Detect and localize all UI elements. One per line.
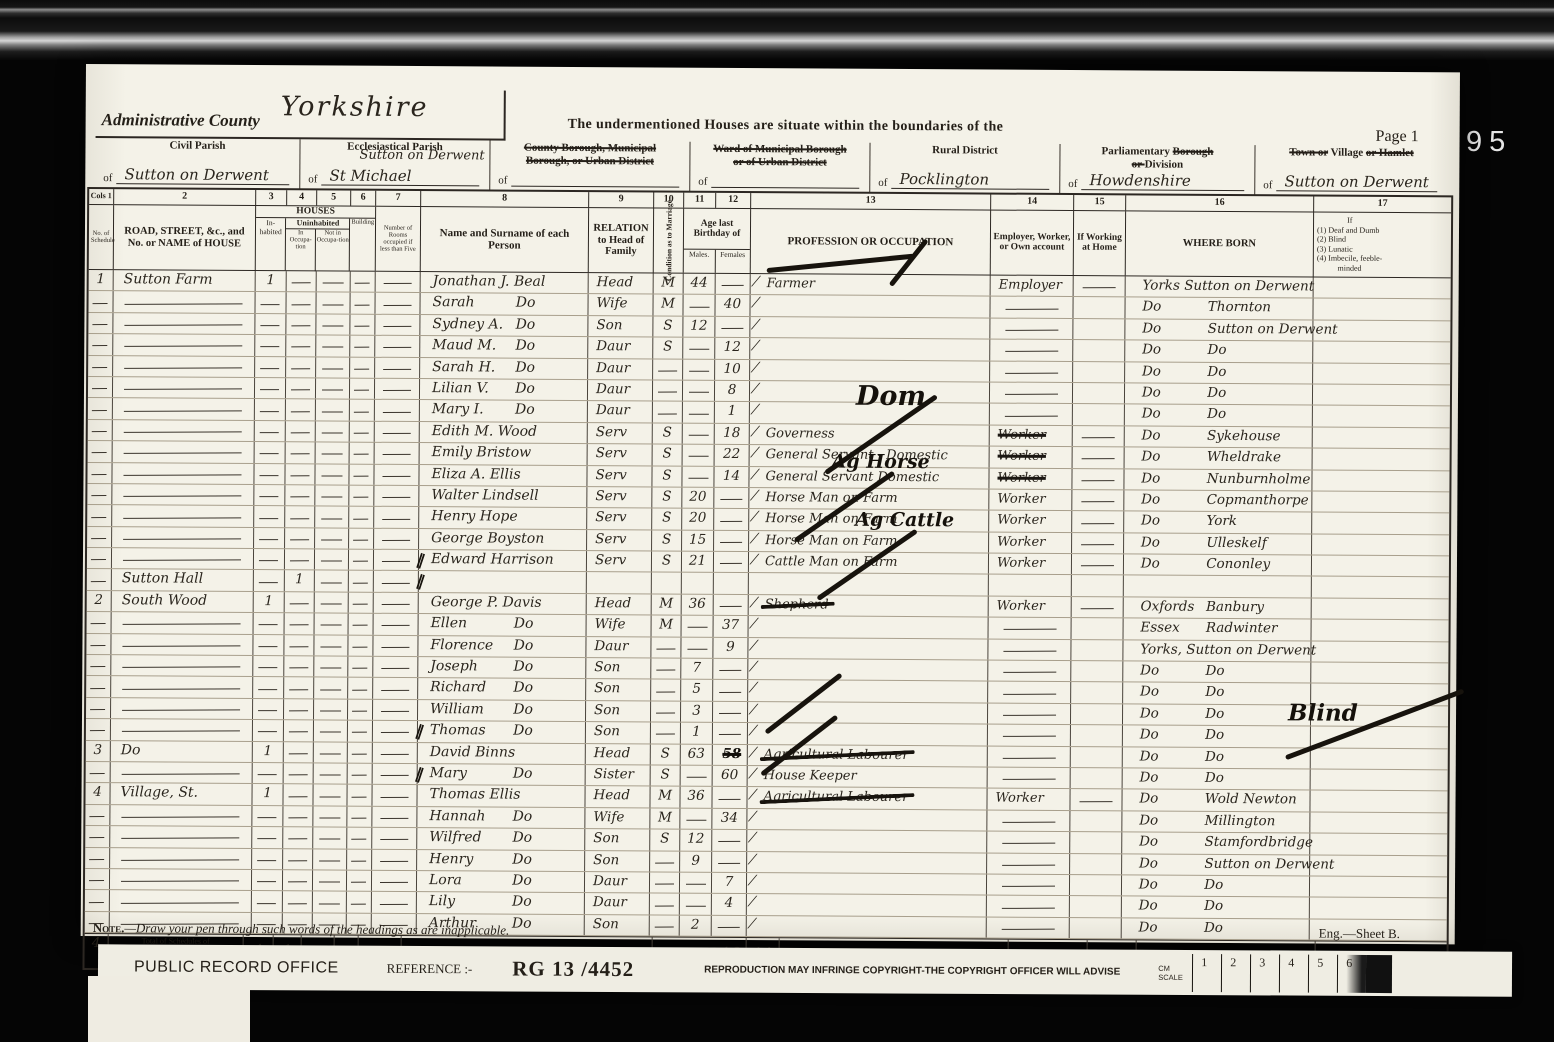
- cell-col-16: DoCopmanthorpe: [1124, 490, 1312, 512]
- cell-col-4: 1: [285, 571, 315, 592]
- pro-office-label: PUBLIC RECORD OFFICE: [134, 958, 339, 977]
- header-females: Females: [715, 250, 750, 259]
- col-number-3: 3: [256, 190, 287, 205]
- cell-col-14: Worker: [989, 532, 1072, 553]
- cell-col-7: [375, 422, 420, 443]
- cell-col-13: /: [748, 680, 988, 702]
- cell-col-1: [86, 676, 111, 697]
- cell-col-1: [85, 890, 110, 911]
- cell-col-17: [1311, 641, 1448, 662]
- cell-col-16: DoDo: [1125, 362, 1313, 384]
- cell-col-10: S: [651, 744, 681, 765]
- cell-col-10: S: [652, 509, 682, 530]
- cell-col-11: 21: [682, 552, 714, 573]
- cell-col-3: [253, 656, 284, 677]
- col-number-6: 6: [351, 191, 376, 206]
- cell-col-6: [347, 828, 372, 849]
- cell-col-15: [1073, 362, 1125, 383]
- cell-col-13: /Horse Man on Farm: [749, 531, 989, 553]
- cell-col-14: Worker: [989, 511, 1072, 532]
- cell-col-16: DoCononley: [1124, 554, 1312, 576]
- cell-col-17: [1312, 620, 1449, 641]
- cell-col-1: 1: [89, 270, 114, 291]
- cell-col-3: [253, 763, 284, 784]
- cell-col-17: [1310, 898, 1447, 919]
- cell-col-10: [653, 380, 683, 401]
- cell-col-10: S: [653, 445, 683, 466]
- cell-col-14: [990, 361, 1073, 382]
- cell-col-1: [85, 848, 110, 869]
- cell-col-7: [373, 678, 418, 699]
- admin-county-box: Administrative County Yorkshire: [96, 88, 506, 141]
- cell-col-12: [714, 488, 749, 509]
- enumerator-tick: /: [750, 424, 759, 439]
- cell-col-15: [1070, 918, 1122, 939]
- cell-col-4: [285, 464, 315, 485]
- ruler-cm-5: 5: [1308, 954, 1337, 992]
- cell-col-9: Son: [585, 829, 650, 850]
- cell-col-16: DoDo: [1123, 768, 1311, 790]
- cell-col-15: [1071, 768, 1123, 789]
- cell-col-13: [749, 574, 989, 596]
- cell-col-17: [1313, 406, 1450, 427]
- cell-col-11: [683, 423, 715, 444]
- cell-col-5: [314, 742, 348, 763]
- cell-col-2: [112, 548, 254, 569]
- cell-col-15: [1073, 426, 1125, 447]
- cell-col-1: [87, 463, 112, 484]
- cell-col-1: [88, 398, 113, 419]
- cell-col-1: [88, 420, 113, 441]
- cell-col-6: [349, 486, 374, 507]
- cell-col-1: [85, 869, 110, 890]
- cell-col-16: DoDo: [1123, 683, 1311, 705]
- cell-col-7: [372, 807, 417, 828]
- cell-col-11: 1: [681, 723, 713, 744]
- cell-col-6: [347, 849, 372, 870]
- cell-col-5: [314, 699, 348, 720]
- cell-col-5: [315, 464, 349, 485]
- cell-col-10: M: [652, 594, 682, 615]
- cell-col-6: [350, 314, 375, 335]
- cell-col-14: Worker: [990, 425, 1073, 446]
- cell-col-11: 7: [681, 659, 713, 680]
- microfilm-edge: [0, 0, 1554, 60]
- cell-col-3: [254, 485, 285, 506]
- cell-col-4: [283, 892, 313, 913]
- cell-col-6: [348, 678, 373, 699]
- cell-col-17: [1310, 791, 1447, 812]
- cell-col-2: [112, 612, 254, 633]
- cell-col-9: Son: [585, 851, 650, 872]
- cell-col-3: [255, 442, 286, 463]
- cell-col-17: [1312, 598, 1449, 619]
- cell-col-4: [287, 271, 317, 292]
- cell-col-8: Lilian V.Do: [420, 379, 588, 400]
- cell-col-8: Henry Hope: [419, 507, 587, 528]
- cell-col-8: WilliamDo: [418, 700, 586, 721]
- district-box-5: Parliamentary Boroughor DivisionofHowden…: [1060, 144, 1255, 195]
- cell-col-8: Sydney A.Do: [420, 315, 588, 336]
- cell-col-5: [316, 421, 350, 442]
- cell-col-8: HenryDo: [417, 850, 585, 871]
- col-number-13: 13: [751, 193, 991, 209]
- cell-col-16: OxfordsBanbury: [1124, 597, 1312, 619]
- cell-col-9: Wife: [587, 615, 652, 636]
- cell-col-5: [315, 507, 349, 528]
- cell-col-6: [347, 806, 372, 827]
- cell-col-15: [1072, 533, 1124, 554]
- cell-col-17: [1312, 513, 1449, 534]
- cell-col-1: [87, 484, 112, 505]
- cell-col-12: 37: [714, 616, 749, 637]
- cell-col-14: [990, 318, 1073, 339]
- cell-col-5: [315, 485, 349, 506]
- enumerator-tick: /: [748, 830, 757, 845]
- cell-col-8: JosephDo: [418, 657, 586, 678]
- cell-col-8: [419, 572, 587, 593]
- cell-col-9: Serv: [588, 423, 653, 444]
- cell-col-9: Daur: [585, 893, 650, 914]
- col-number-9: 9: [589, 192, 654, 207]
- cell-col-5: [313, 849, 347, 870]
- cell-col-11: [683, 402, 715, 423]
- cell-col-12: [712, 851, 747, 872]
- cell-col-12: [712, 830, 747, 851]
- cell-col-17: [1313, 363, 1450, 384]
- of-label: of: [698, 176, 707, 188]
- cell-col-5: [315, 549, 349, 570]
- cell-col-12: 22: [715, 445, 750, 466]
- district-box-6: Town or Village or HamletofSutton on Der…: [1255, 145, 1447, 196]
- cell-col-2: [113, 356, 255, 377]
- cell-col-7: [374, 528, 419, 549]
- cell-col-4: [284, 635, 314, 656]
- cell-col-16: DoWold Newton: [1122, 790, 1310, 812]
- cell-col-8: Thomas Ellis: [417, 785, 585, 806]
- cell-col-6: [350, 293, 375, 314]
- cell-col-12: 58: [713, 744, 748, 765]
- cell-col-14: Worker: [990, 447, 1073, 468]
- cell-col-10: S: [652, 487, 682, 508]
- admin-county-value: Yorkshire: [281, 91, 429, 123]
- cell-col-5: [314, 635, 348, 656]
- enumerator-tick: /: [748, 745, 757, 760]
- cell-col-8: LilyDo: [417, 892, 585, 913]
- cell-col-6: [347, 871, 372, 892]
- district-value: Sutton on Derwent: [124, 165, 268, 184]
- cell-col-12: 14: [714, 466, 749, 487]
- cell-col-16: DoStamfordbridge: [1122, 833, 1310, 855]
- cell-col-17: [1312, 470, 1449, 491]
- cell-col-10: [651, 680, 681, 701]
- enumerator-tick: /: [750, 552, 759, 567]
- cell-col-9: Daur: [588, 359, 653, 380]
- enumerator-tick: /: [749, 638, 758, 653]
- district-value-line1: Sutton on Derwent: [359, 148, 484, 164]
- cell-col-14: Worker: [989, 468, 1072, 489]
- cell-col-13: /: [747, 809, 987, 831]
- cell-col-16: Yorks Sutton on Derwent: [1126, 276, 1314, 298]
- cell-col-7: [372, 828, 417, 849]
- header-not-occupation: Not in Occupa-tion: [316, 229, 350, 243]
- cell-col-12: 60: [713, 766, 748, 787]
- cell-col-14: [988, 746, 1071, 767]
- cell-col-5: [315, 571, 349, 592]
- ruler-endcap: [1366, 954, 1392, 992]
- header-houses: HOUSES: [256, 206, 375, 219]
- cell-col-2: South Wood: [112, 591, 254, 612]
- cell-col-10: S: [652, 466, 682, 487]
- col-number-12: 12: [716, 193, 751, 208]
- cell-col-2: Sutton Hall: [112, 570, 254, 591]
- cell-col-16: DoSutton on Derwent: [1122, 854, 1310, 876]
- cell-col-5: [316, 443, 350, 464]
- cell-col-3: [254, 571, 285, 592]
- cell-col-6: [348, 699, 373, 720]
- cell-col-3: [255, 421, 286, 442]
- cell-col-4: [284, 720, 314, 741]
- cell-col-2: [113, 377, 255, 398]
- ink-note-ag-cattle: Ag Cattle: [855, 509, 954, 532]
- cell-col-17: [1313, 299, 1450, 320]
- cell-col-9: Daur: [585, 872, 650, 893]
- cell-col-14: Employer: [991, 276, 1074, 297]
- cell-col-9: Wife: [588, 294, 653, 315]
- cell-col-7: [376, 272, 421, 293]
- cell-col-2: [110, 805, 252, 826]
- cell-col-14: [987, 832, 1070, 853]
- enumerator-tick: /: [749, 616, 758, 631]
- cell-col-5: [314, 763, 348, 784]
- cell-col-8: Eliza A. Ellis: [419, 465, 587, 486]
- cell-col-8: Edward Harrison: [419, 550, 587, 571]
- cell-col-11: [680, 873, 712, 894]
- cell-col-4: [285, 507, 315, 528]
- cell-col-13: /: [748, 638, 988, 660]
- enumerator-tick: /: [750, 488, 759, 503]
- cell-col-3: [252, 827, 283, 848]
- cell-col-7: [374, 464, 419, 485]
- col-number-2: 2: [114, 189, 256, 205]
- enumerator-tick: /: [749, 681, 758, 696]
- cell-col-13: /: [749, 616, 989, 638]
- cell-col-17: [1312, 534, 1449, 555]
- cell-col-3: [253, 677, 284, 698]
- cell-col-7: [375, 400, 420, 421]
- cell-col-15: [1072, 469, 1124, 490]
- cell-col-8: Emily Bristow: [420, 443, 588, 464]
- cell-col-2: [112, 484, 254, 505]
- cell-col-3: [253, 699, 284, 720]
- cell-col-4: [286, 314, 316, 335]
- cell-col-11: 20: [682, 509, 714, 530]
- cell-col-4: [286, 400, 316, 421]
- cell-col-5: [316, 314, 350, 335]
- cell-col-11: 36: [680, 787, 712, 808]
- cell-col-3: [252, 891, 283, 912]
- enumerator-tick: /: [749, 595, 758, 610]
- cell-col-2: [111, 698, 253, 719]
- cell-col-9: Serv: [587, 487, 652, 508]
- cell-col-10: M: [650, 787, 680, 808]
- enumerator-tick: /: [748, 787, 757, 802]
- header-employer: Employer, Worker, or Own account: [993, 232, 1071, 253]
- cell-col-12: 4: [712, 894, 747, 915]
- cell-col-3: 1: [254, 592, 285, 613]
- enumerator-tick: /: [749, 659, 758, 674]
- cell-col-12: 7: [712, 873, 747, 894]
- cell-col-10: M: [652, 616, 682, 637]
- cell-col-3: [255, 357, 286, 378]
- cell-col-10: M: [650, 808, 680, 829]
- cell-col-11: [682, 466, 714, 487]
- undermentioned-text: The undermentioned Houses are situate wi…: [568, 117, 1048, 136]
- cell-col-10: [650, 894, 680, 915]
- cell-col-17: [1311, 769, 1448, 790]
- of-label: of: [1263, 179, 1272, 191]
- cell-col-7: [372, 785, 417, 806]
- cell-col-14: [989, 575, 1072, 596]
- cell-col-4: [286, 335, 316, 356]
- cell-col-12: [714, 595, 749, 616]
- cell-col-5: [316, 336, 350, 357]
- cell-col-2: [113, 441, 255, 462]
- cell-col-4: [284, 699, 314, 720]
- cell-col-7: ∥: [373, 721, 418, 742]
- cell-col-1: [87, 569, 112, 590]
- cell-col-16: DoDo: [1123, 704, 1311, 726]
- cell-col-2: [112, 463, 254, 484]
- cm-ruler: 123456: [1192, 954, 1366, 993]
- cell-col-16: DoDo: [1122, 918, 1310, 940]
- cell-col-4: [284, 678, 314, 699]
- cell-col-7: [373, 657, 418, 678]
- cell-col-5: [314, 721, 348, 742]
- cell-col-12: 1: [715, 402, 750, 423]
- cell-col-1: [88, 377, 113, 398]
- film-frame-number: 95: [1466, 126, 1512, 159]
- cell-col-4: [285, 528, 315, 549]
- cell-col-1: [88, 441, 113, 462]
- pro-footer-strip: PUBLIC RECORD OFFICE REFERENCE :- RG 13 …: [98, 944, 1512, 996]
- cell-col-15: [1071, 747, 1123, 768]
- cell-col-16: DoYork: [1124, 512, 1312, 534]
- cell-col-12: [714, 531, 749, 552]
- cell-col-6: [350, 443, 375, 464]
- cell-col-17: [1313, 384, 1450, 405]
- cell-col-15: [1073, 340, 1125, 361]
- ruler-cm-3: 3: [1250, 954, 1279, 992]
- cell-col-13: /: [750, 360, 990, 382]
- cell-col-6: [349, 592, 374, 613]
- cell-col-1: [85, 826, 110, 847]
- cell-col-8: David Binns: [418, 743, 586, 764]
- header-building: Building: [350, 219, 375, 226]
- cell-col-11: [683, 359, 715, 380]
- cell-col-16: EssexRadwinter: [1124, 619, 1312, 641]
- cell-col-17: [1313, 427, 1450, 448]
- cell-col-14: [988, 725, 1071, 746]
- cell-col-10: [652, 573, 682, 594]
- district-value: Pocklington: [899, 170, 989, 189]
- cell-col-9: Sister: [586, 765, 651, 786]
- cell-col-8: EllenDo: [419, 614, 587, 635]
- enumerator-tick: /: [748, 852, 757, 867]
- cell-col-4: [284, 656, 314, 677]
- cell-col-3: [255, 378, 286, 399]
- cell-col-5: [314, 678, 348, 699]
- cell-col-13: /: [750, 295, 990, 317]
- cell-col-4: [285, 549, 315, 570]
- cell-col-11: [683, 381, 715, 402]
- cell-col-13: /Shepherd: [749, 595, 989, 617]
- cell-col-5: [313, 870, 347, 891]
- cell-col-13: /: [747, 894, 987, 916]
- header-rooms: Number of Rooms occupied if less than Fi…: [378, 225, 418, 254]
- enumerator-tick: /: [748, 873, 757, 888]
- cell-col-3: [253, 635, 284, 656]
- cell-col-14: [988, 768, 1071, 789]
- cell-col-10: M: [654, 273, 684, 294]
- cell-col-16: DoDo: [1122, 897, 1310, 919]
- ink-note-blind: Blind: [1288, 699, 1358, 726]
- cell-col-8: Mary I.Do: [420, 400, 588, 421]
- header-working-home: If Working at Home: [1076, 233, 1123, 254]
- cell-col-9: Wife: [585, 808, 650, 829]
- cell-col-12: [712, 916, 747, 937]
- cell-col-13: /: [748, 723, 988, 745]
- cell-col-6: [349, 464, 374, 485]
- cell-col-15: [1070, 832, 1122, 853]
- cell-col-15: [1072, 597, 1124, 618]
- cell-col-1: [85, 805, 110, 826]
- cell-col-11: [680, 808, 712, 829]
- cell-col-9: Son: [588, 316, 653, 337]
- cell-col-16: DoSykehouse: [1125, 426, 1313, 448]
- cell-col-9: [587, 573, 652, 594]
- cell-col-6: [351, 272, 376, 293]
- header-males: Males.: [684, 250, 715, 259]
- cell-col-2: [110, 890, 252, 911]
- header-infirmity: If (1) Deaf and Dumb (2) Blind (3) Lunat…: [1317, 216, 1383, 274]
- cell-col-9: Head: [586, 744, 651, 765]
- reference-value: RG 13 /4452: [512, 956, 634, 982]
- census-table: Cols 1234567891011121314151617 No. of Sc…: [82, 187, 1453, 978]
- cell-col-14: Worker: [989, 489, 1072, 510]
- cell-col-2: Sutton Farm: [114, 270, 256, 291]
- cell-col-12: [713, 702, 748, 723]
- cell-col-15: [1072, 490, 1124, 511]
- cell-col-15: [1071, 640, 1123, 661]
- cell-col-11: 15: [682, 530, 714, 551]
- cell-col-15: [1074, 276, 1126, 297]
- cell-col-2: [111, 655, 253, 676]
- cell-col-6: [349, 614, 374, 635]
- of-label: of: [498, 175, 507, 187]
- cell-col-1: 3: [86, 741, 111, 762]
- col-number-4: 4: [287, 190, 317, 205]
- cell-col-10: S: [653, 423, 683, 444]
- cell-col-15: [1071, 661, 1123, 682]
- header-road: ROAD, STREET, &c., and No. or NAME of HO…: [116, 226, 253, 250]
- cell-col-7: [373, 700, 418, 721]
- page-number: Page 1: [1376, 128, 1419, 146]
- header-uninhabited: Uninhabited: [286, 218, 349, 229]
- cell-col-1: [88, 334, 113, 355]
- cell-col-15: [1072, 511, 1124, 532]
- cell-col-4: [285, 613, 315, 634]
